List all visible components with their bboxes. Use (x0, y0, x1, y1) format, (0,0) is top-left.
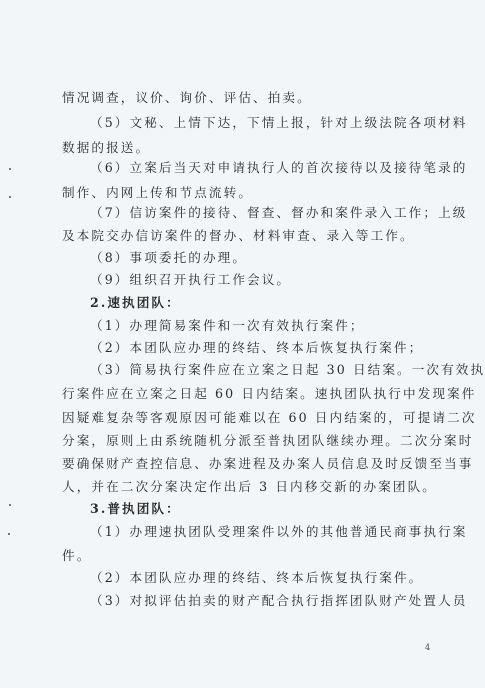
text-line: 制作、内网上传和节点流转。 (62, 185, 253, 201)
text-line: 及本院交办信访案件的督办、材料审查、录入等工作。 (62, 228, 415, 244)
text-line: （5）文秘、上情下达，下情上报，针对上级法院各项材料 (90, 115, 467, 131)
scan-artifact (9, 504, 11, 506)
text-line: （3）对拟评估拍卖的财产配合执行指挥团队财产处置人员 (90, 593, 467, 609)
text-line: 要确保财产查控信息、办案进程及办案人员信息及时反馈至当事 (62, 456, 473, 472)
text-line: 分案，原则上由系统随机分派至普执团队继续办理。二次分案时 (62, 433, 473, 449)
section-heading: 2.速执团队： (90, 295, 181, 311)
section-heading: 3.普执团队： (90, 501, 181, 517)
text-line: （2）本团队应办理的终结、终本后恢复执行案件； (90, 340, 423, 356)
text-line: （9）组织召开执行工作会议。 (90, 272, 291, 288)
page-number: 4 (425, 643, 430, 652)
text-line: （1）办理简易案件和一次有效执行案件； (90, 318, 365, 334)
text-line: 件。 (62, 548, 91, 564)
text-line: 因疑难复杂等客观原因可能难以在 60 日内结案的，可提请二次 (62, 410, 476, 426)
text-line: （1）办理速执团队受理案件以外的其他普通民商事执行案 (90, 524, 467, 540)
scan-artifact (9, 196, 11, 198)
text-line: （7）信访案件的接待、督查、督办和案件录入工作；上级 (90, 205, 467, 221)
text-line: 行案件应在立案之日起 60 日内结案。速执团队执行中发现案件 (62, 386, 476, 402)
text-line: （2）本团队应办理的终结、终本后恢复执行案件。 (90, 570, 423, 586)
text-line: （6）立案后当天对申请执行人的首次接待以及接待笔录的 (90, 160, 467, 176)
scan-artifact (8, 533, 10, 535)
text-line: 情况调查，议价、询价、评估、拍卖。 (62, 90, 312, 106)
text-line: （8）事项委托的办理。 (90, 250, 247, 266)
text-line: 数据的报送。 (62, 140, 150, 156)
text-line: 人，并在二次分案决定作出后 3 日内移交新的办案团队。 (62, 479, 437, 495)
scan-artifact (9, 168, 11, 170)
document-page: 情况调查，议价、询价、评估、拍卖。 （5）文秘、上情下达，下情上报，针对上级法院… (0, 0, 485, 688)
text-line: （3）简易执行案件应在立案之日起 30 日结案。一次有效执 (90, 362, 485, 378)
